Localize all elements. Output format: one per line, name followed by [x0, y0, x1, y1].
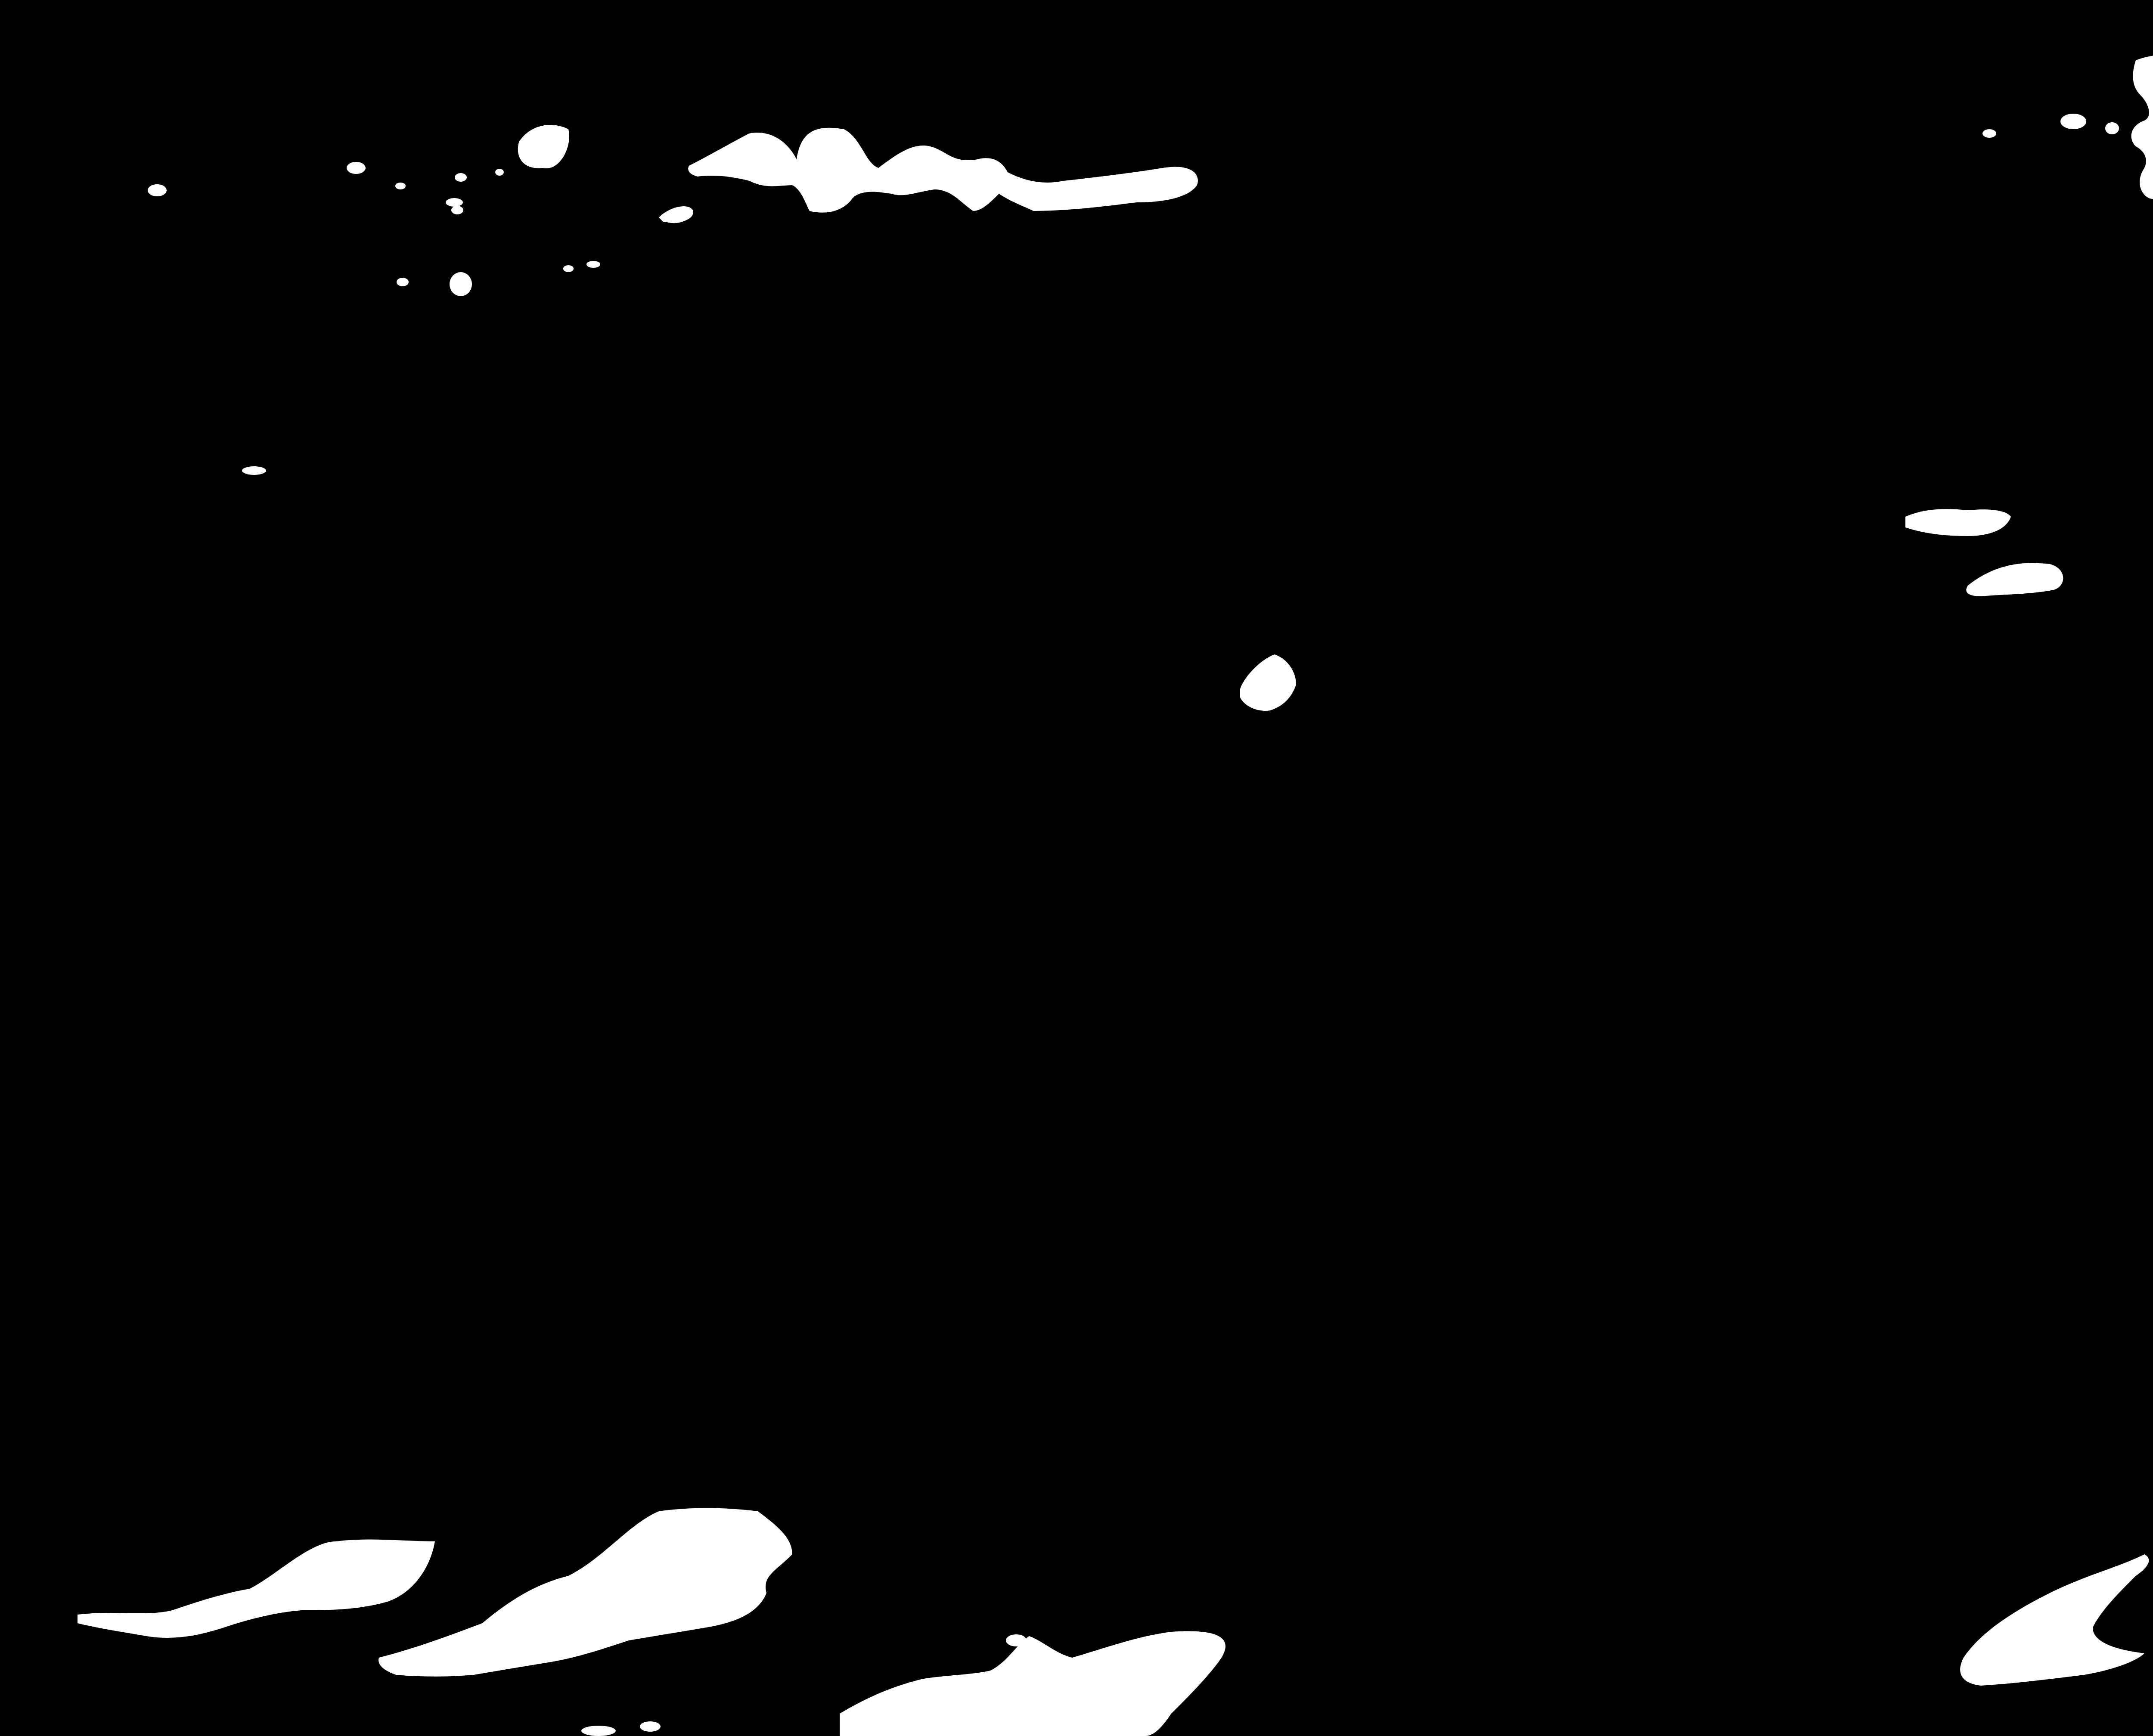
mask-background [0, 0, 2153, 1736]
segmentation-mask [0, 0, 2153, 1736]
